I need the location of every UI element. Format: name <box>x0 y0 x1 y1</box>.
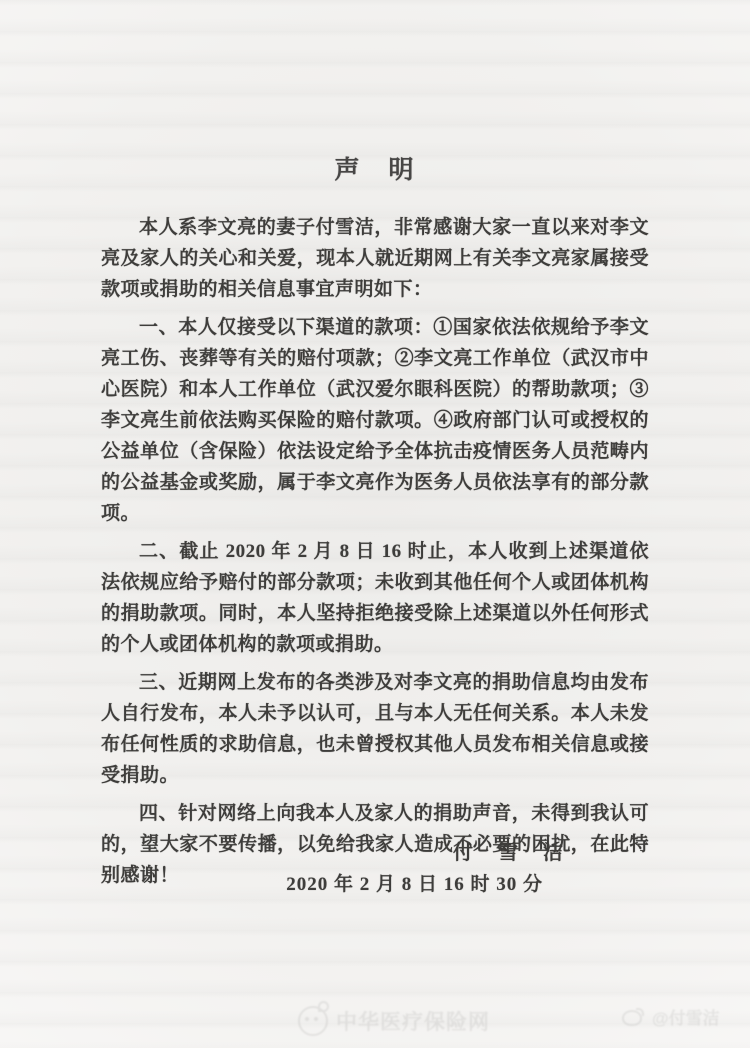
watermark-left: 中华医疗保险网 <box>298 1006 490 1036</box>
intro-paragraph: 本人系李文亮的妻子付雪洁，非常感谢大家一直以来对李文亮及家人的关心和关爱，现本人… <box>101 212 649 305</box>
signature-date: 2020 年 2 月 8 日 16 时 30 分 <box>101 869 649 900</box>
item-1-paragraph: 一、本人仅接受以下渠道的款项：①国家依法依规给予李文亮工伤、丧葬等有关的赔付项款… <box>101 312 649 529</box>
document-photo-page: { "page": { "background_color": "#f2f1ef… <box>0 0 750 1048</box>
watermark-left-text: 中华医疗保险网 <box>336 1006 490 1036</box>
watermark-right: @付雪洁 <box>622 1004 720 1029</box>
weibo-logo-icon <box>622 1008 644 1026</box>
document-body: 本人系李文亮的妻子付雪洁，非常感谢大家一直以来对李文亮及家人的关心和关爱，现本人… <box>101 212 649 891</box>
signature-name: 付 雪 洁 <box>101 838 649 869</box>
watermark-right-text: @付雪洁 <box>652 1004 720 1029</box>
item-2-paragraph: 二、截止 2020 年 2 月 8 日 16 时止，本人收到上述渠道依法依规应给… <box>101 536 649 660</box>
statement-document: 声 明 本人系李文亮的妻子付雪洁，非常感谢大家一直以来对李文亮及家人的关心和关爱… <box>101 150 649 898</box>
press-mascot-logo-icon <box>298 1006 328 1036</box>
signature-block: 付 雪 洁 2020 年 2 月 8 日 16 时 30 分 <box>101 838 649 900</box>
item-3-paragraph: 三、近期网上发布的各类涉及对李文亮的捐助信息均由发布人自行发布，本人未予以认可，… <box>101 667 649 791</box>
document-title: 声 明 <box>101 150 649 186</box>
